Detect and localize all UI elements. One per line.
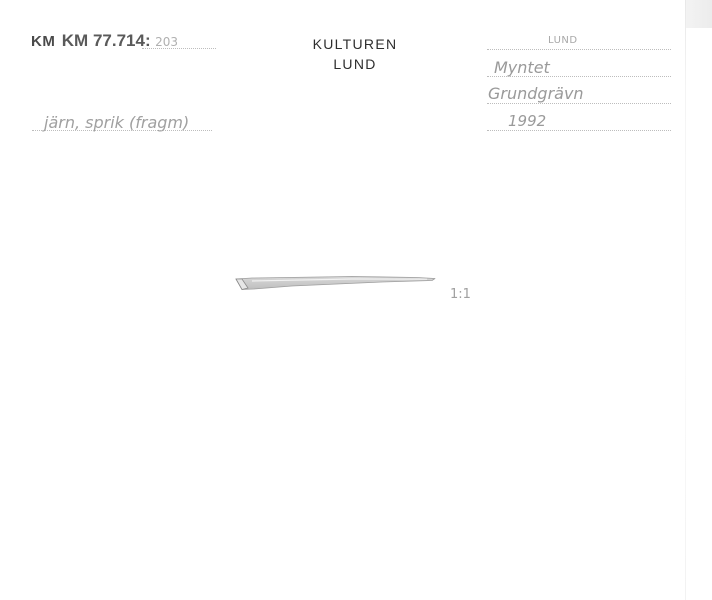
museum-name-line1: KULTUREN [290,34,420,54]
iron-spike-drawing-icon [232,272,442,294]
catalogue-card: KM KM 77.714: 203 KULTUREN LUND LUND Myn… [0,0,712,600]
museum-name-line2: LUND [290,54,420,74]
scan-edge-line [685,0,686,600]
scan-edge-shadow [686,0,712,28]
catalogue-prefix: KM [31,33,55,50]
catalogue-sub-number: 203 [155,35,178,49]
year-field: 1992 [508,112,546,130]
place-dotted-line [487,49,671,50]
location-field: Grundgrävn [488,84,584,103]
site-field: Myntet [494,58,550,77]
catalogue-main-number: KM 77.714: [62,31,151,50]
catalogue-dotted-line [142,48,216,49]
place-field: LUND [548,35,578,46]
museum-header: KULTUREN LUND [290,34,420,74]
year-dotted-line [487,130,671,131]
scale-marker: 1:1 [450,287,471,302]
site-dotted-line [487,76,671,77]
description-dotted-line [32,130,212,131]
location-dotted-line [487,103,671,104]
